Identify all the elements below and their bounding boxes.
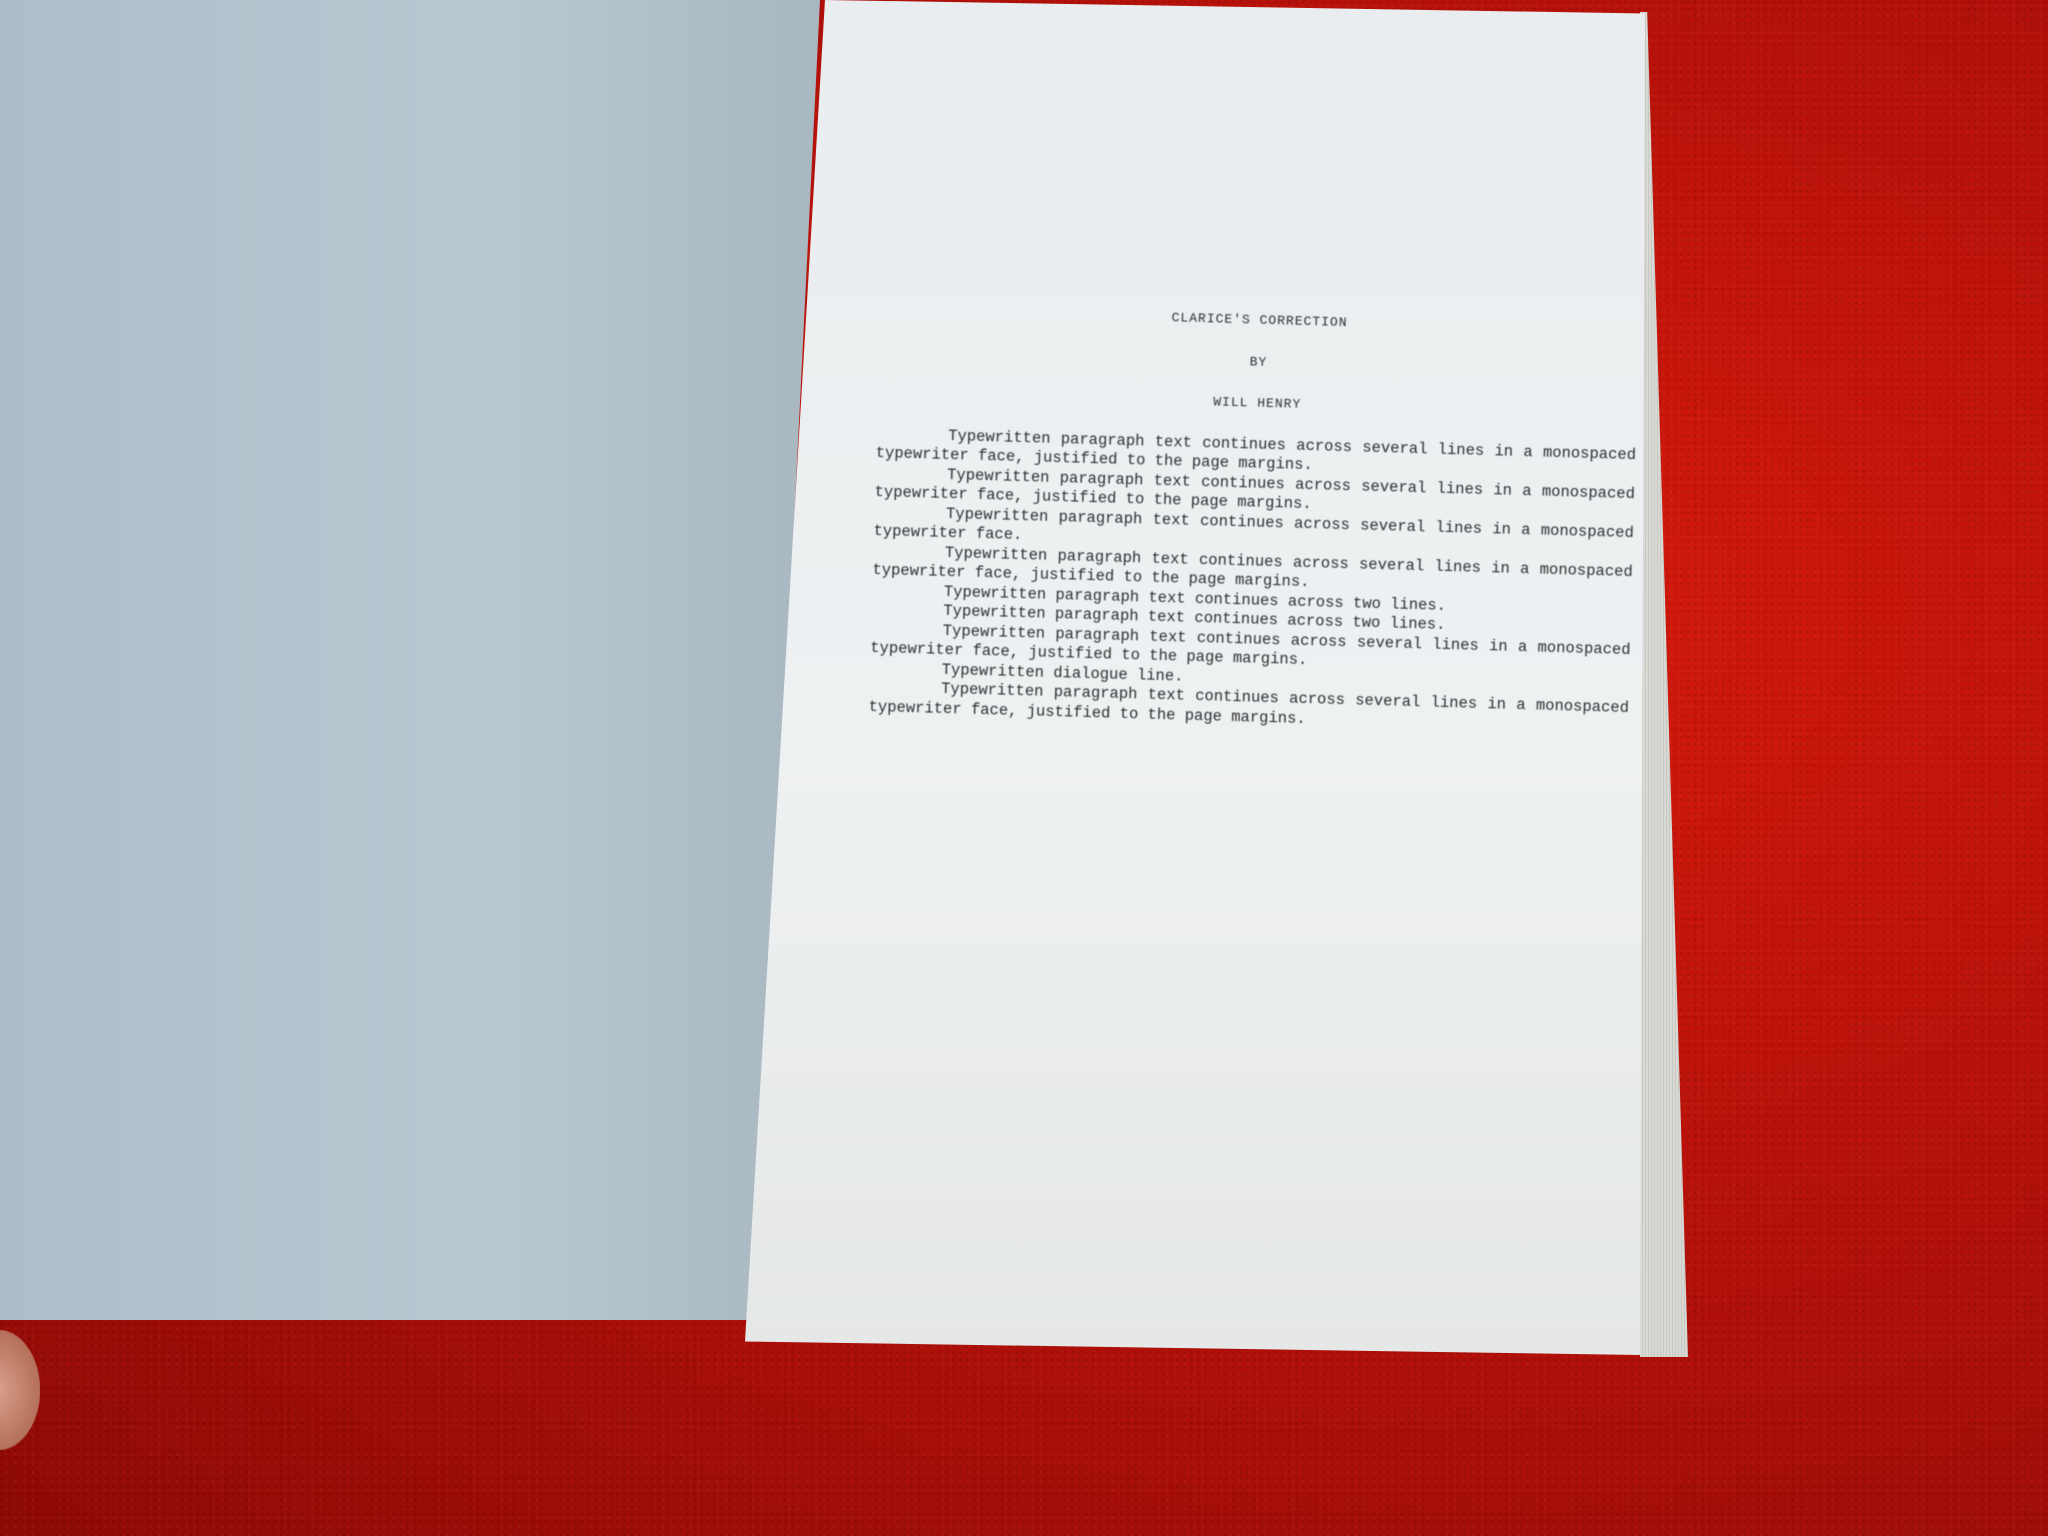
left-blank-page [0, 0, 820, 1320]
author-name: WILL HENRY [877, 383, 1637, 424]
finger-at-edge [0, 1330, 40, 1450]
byline-by: BY [878, 341, 1638, 382]
typed-text-block: CLARICE'S CORRECTION BY WILL HENRY Typew… [868, 300, 1639, 738]
